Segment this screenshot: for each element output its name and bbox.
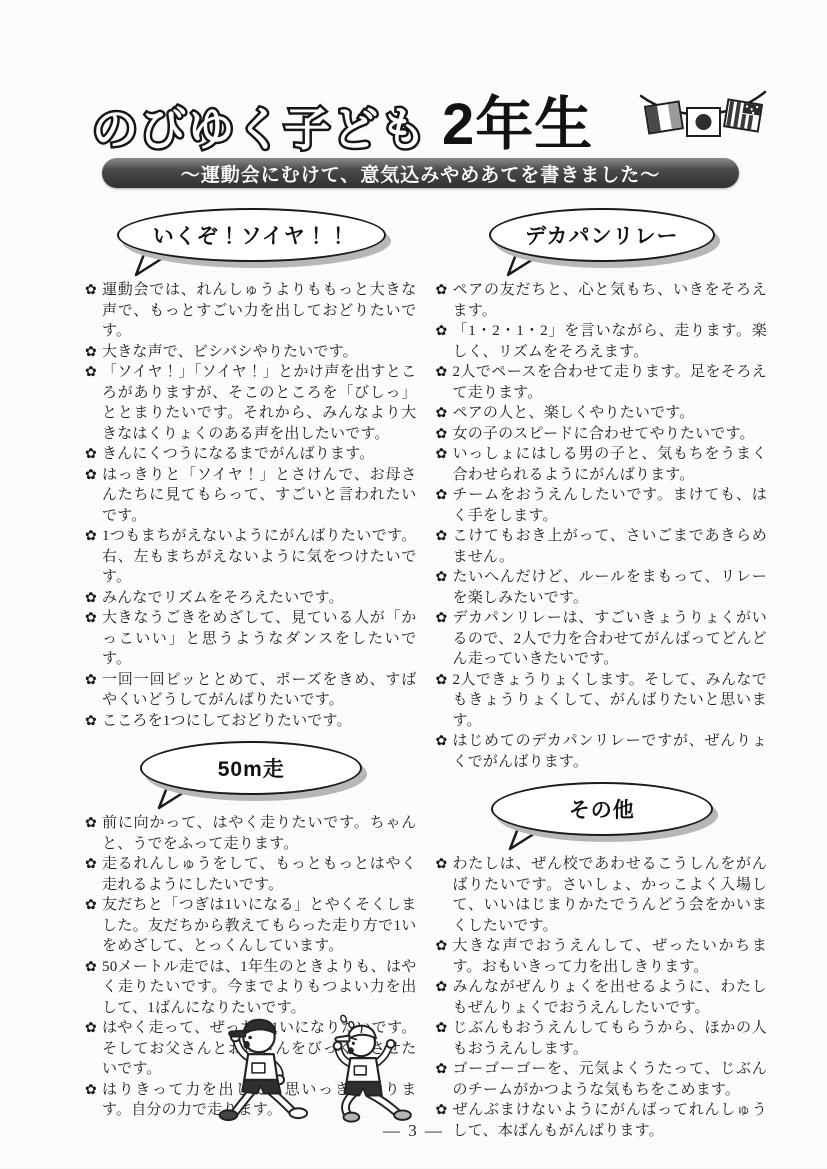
goal-item: ✿こころを1つにしておどりたいです。 <box>86 711 417 732</box>
left-column: いくぞ！ソイヤ！！✿運動会では、れんしゅうよりももっと大きな声で、もっとすごい力… <box>86 202 417 1131</box>
goal-item: ✿前に向かって、はやく走りたいです。ちゃんと、うでをふって走ります。 <box>86 813 417 854</box>
goal-item: ✿みんながぜんりょくを出せるように、わたしもぜんりょくでおうえんしたいです。 <box>437 977 768 1018</box>
goal-list: ✿わたしは、ぜん校であわせるこうしんをがんばりたいです。さいしょ、かっこよく入場… <box>437 854 768 1141</box>
right-column: デカパンリレー✿ペアの友だちと、心と気もち、いきをそろえます。✿「1・2・1・2… <box>437 202 768 1151</box>
flower-bullet-icon: ✿ <box>436 1100 448 1121</box>
goal-list: ✿ペアの友だちと、心と気もち、いきをそろえます。✿「1・2・1・2」を言いながら… <box>437 280 768 772</box>
goal-item: ✿走るれんしゅうをして、もっともっとはやく走れるようにしたいです。 <box>86 854 417 895</box>
subtitle-banner: ～運動会にむけて、意気込みやめあてを書きました～ <box>102 158 739 188</box>
speech-bubble: デカパンリレー <box>489 208 715 262</box>
flower-bullet-icon: ✿ <box>85 465 97 486</box>
goal-text: 2人でペースを合わせて走ります。足をそろえて走ります。 <box>453 364 768 401</box>
goal-item: ✿「1・2・1・2」を言いながら、走ります。楽しく、リズムをそろえます。 <box>437 321 768 362</box>
flower-bullet-icon: ✿ <box>436 485 448 506</box>
newsletter-page: のびゆく子ども 2年生 <box>0 0 827 1169</box>
goal-text: 1つもまちがえないようにがんばりたいです。右、左もまちがえないように気をつけたい… <box>102 528 417 585</box>
goal-item: ✿ペアの人と、楽しくやりたいです。 <box>437 403 768 424</box>
goal-item: ✿みんなでリズムをそろえたいです。 <box>86 588 417 609</box>
flower-bullet-icon: ✿ <box>436 567 448 588</box>
goal-text: ペアの友だちと、心と気もち、いきをそろえます。 <box>453 282 768 319</box>
goal-item: ✿大きな声でおうえんして、ぜったいかちます。おもいきって力を出しきります。 <box>437 936 768 977</box>
goal-item: ✿「ソイヤ！」「ソイヤ！」とかけ声を出すところがありますが、そこのところを「びし… <box>86 362 417 444</box>
flower-bullet-icon: ✿ <box>85 1080 97 1101</box>
speech-bubble: その他 <box>491 782 713 836</box>
flower-bullet-icon: ✿ <box>436 403 448 424</box>
goal-item: ✿女の子のスピードに合わせてやりたいです。 <box>437 424 768 445</box>
goal-text: たいへんだけど、ルールをまもって、リレーを楽しみたいです。 <box>453 569 768 606</box>
goal-text: 大きなうごきをめざして、見ている人が「かっこいい」と思うようなダンスをしたいです… <box>102 610 417 667</box>
flower-bullet-icon: ✿ <box>85 608 97 629</box>
page-number: — 3 — <box>0 1121 827 1141</box>
section-left-0: いくぞ！ソイヤ！！✿運動会では、れんしゅうよりももっと大きな声で、もっとすごい力… <box>86 208 417 731</box>
flower-bullet-icon: ✿ <box>85 813 97 834</box>
flower-bullet-icon: ✿ <box>436 321 448 342</box>
speech-bubble: 50m走 <box>140 741 362 795</box>
goal-text: はじめてのデカパンリレーですが、ぜんりょくでがんばります。 <box>453 733 768 770</box>
page-header: のびゆく子ども 2年生 <box>0 0 827 188</box>
goal-text: 大きな声で、ビシバシやりたいです。 <box>102 344 358 360</box>
goal-text: はっきりと「ソイヤ！」とさけんで、お母さんたちに見てもらって、すごいと言われたい… <box>102 467 417 524</box>
goal-text: 女の子のスピードに合わせてやりたいです。 <box>453 426 755 442</box>
goal-text: 2人できょうりょくします。そして、みんなでもきょうりょくして、がんばりたいと思い… <box>453 672 768 729</box>
section-heading-bubble: その他 <box>491 782 713 836</box>
goal-item: ✿2人でペースを合わせて走ります。足をそろえて走ります。 <box>437 362 768 403</box>
goal-text: チームをおうえんしたいです。まけても、はく手をします。 <box>453 487 768 524</box>
goal-text: 走るれんしゅうをして、もっともっとはやく走れるようにしたいです。 <box>102 856 417 893</box>
goal-text: 大きな声でおうえんして、ぜったいかちます。おもいきって力を出しきります。 <box>453 938 768 975</box>
flag-garland-icon <box>639 88 767 150</box>
goal-item: ✿運動会では、れんしゅうよりももっと大きな声で、もっとすごい力を出しておどりたい… <box>86 280 417 342</box>
flower-bullet-icon: ✿ <box>85 444 97 465</box>
flower-bullet-icon: ✿ <box>85 895 97 916</box>
flower-bullet-icon: ✿ <box>85 854 97 875</box>
goal-item: ✿こけてもおき上がって、さいごまであきらめません。 <box>437 526 768 567</box>
section-heading-bubble: 50m走 <box>140 741 362 795</box>
goal-item: ✿きんにくつうになるまでがんばります。 <box>86 444 417 465</box>
goal-item: ✿ペアの友だちと、心と気もち、いきをそろえます。 <box>437 280 768 321</box>
flower-bullet-icon: ✿ <box>436 362 448 383</box>
page-title-grade: 2年生 <box>442 97 593 152</box>
flower-bullet-icon: ✿ <box>85 280 97 301</box>
flower-bullet-icon: ✿ <box>436 731 448 752</box>
section-heading-bubble: デカパンリレー <box>489 208 715 262</box>
title-row: のびゆく子ども 2年生 <box>92 88 767 152</box>
speech-bubble: いくぞ！ソイヤ！！ <box>117 208 386 262</box>
flower-bullet-icon: ✿ <box>85 362 97 383</box>
goal-text: わたしは、ぜん校であわせるこうしんをがんばりたいです。さいしょ、かっこよく入場し… <box>453 856 768 934</box>
goal-item: ✿2人できょうりょくします。そして、みんなでもきょうりょくして、がんばりたいと思… <box>437 670 768 732</box>
flower-bullet-icon: ✿ <box>436 1059 448 1080</box>
flower-bullet-icon: ✿ <box>85 342 97 363</box>
flower-bullet-icon: ✿ <box>436 854 448 875</box>
goal-item: ✿チームをおうえんしたいです。まけても、はく手をします。 <box>437 485 768 526</box>
goal-text: 「1・2・1・2」を言いながら、走ります。楽しく、リズムをそろえます。 <box>453 323 768 360</box>
section-heading: デカパンリレー <box>525 225 679 248</box>
flower-bullet-icon: ✿ <box>85 526 97 547</box>
flower-bullet-icon: ✿ <box>436 1018 448 1039</box>
flower-bullet-icon: ✿ <box>436 526 448 547</box>
goal-item: ✿1つもまちがえないようにがんばりたいです。右、左もまちがえないように気をつけた… <box>86 526 417 588</box>
flower-bullet-icon: ✿ <box>436 280 448 301</box>
japan-flag <box>687 108 720 136</box>
goal-text: みんながぜんりょくを出せるように、わたしもぜんりょくでおうえんしたいです。 <box>453 979 768 1016</box>
flower-bullet-icon: ✿ <box>436 608 448 629</box>
goal-item: ✿はじめてのデカパンリレーですが、ぜんりょくでがんばります。 <box>437 731 768 772</box>
goal-text: 友だちと「つぎは1いになる」とやくそくしました。友だちから教えてもらった走り方で… <box>102 897 417 954</box>
goal-item: ✿友だちと「つぎは1いになる」とやくそくしました。友だちから教えてもらった走り方… <box>86 895 417 957</box>
section-heading: いくぞ！ソイヤ！！ <box>153 225 350 248</box>
goal-item: ✿一回一回ピッととめて、ポーズをきめ、すばやくいどうしてがんばりたいです。 <box>86 670 417 711</box>
flower-bullet-icon: ✿ <box>85 1018 97 1039</box>
goal-text: 運動会では、れんしゅうよりももっと大きな声で、もっとすごい力を出しておどりたいで… <box>102 282 417 339</box>
flower-bullet-icon: ✿ <box>436 977 448 998</box>
section-right-0: デカパンリレー✿ペアの友だちと、心と気もち、いきをそろえます。✿「1・2・1・2… <box>437 208 768 772</box>
goal-text: デカパンリレーは、すごいきょうりょくがいるので、2人で力を合わせてがんばってどん… <box>453 610 768 667</box>
flower-bullet-icon: ✿ <box>436 936 448 957</box>
goal-item: ✿大きなうごきをめざして、見ている人が「かっこいい」と思うようなダンスをしたいで… <box>86 608 417 670</box>
goal-item: ✿ゴーゴーゴーを、元気よくうたって、じぶんのチームがかつような気もちをこめます。 <box>437 1059 768 1100</box>
goal-text: こころを1つにしておどりたいです。 <box>102 713 352 729</box>
goal-text: 「ソイヤ！」「ソイヤ！」とかけ声を出すところがありますが、そこのところを「びしっ… <box>102 364 417 442</box>
subtitle-banner-text: ～運動会にむけて、意気込みやめあてを書きました～ <box>181 160 661 187</box>
goal-text: みんなでリズムをそろえたいです。 <box>102 590 344 606</box>
goal-text: 前に向かって、はやく走りたいです。ちゃんと、うでをふって走ります。 <box>102 815 417 852</box>
flower-bullet-icon: ✿ <box>436 670 448 691</box>
section-heading-bubble: いくぞ！ソイヤ！！ <box>117 208 386 262</box>
running-children-illustration <box>196 1006 432 1124</box>
section-heading: その他 <box>569 799 635 822</box>
goal-item: ✿いっしょにはしる男の子と、気もちをうまく合わせられるようにがんばります。 <box>437 444 768 485</box>
flower-bullet-icon: ✿ <box>436 444 448 465</box>
goal-item: ✿たいへんだけど、ルールをまもって、リレーを楽しみたいです。 <box>437 567 768 608</box>
flower-bullet-icon: ✿ <box>436 424 448 445</box>
stars-and-stripes-flag <box>724 100 762 132</box>
goal-text: じぶんもおうえんしてもらうから、ほかの人もおうえんします。 <box>453 1020 768 1057</box>
goal-text: いっしょにはしる男の子と、気もちをうまく合わせられるようにがんばります。 <box>453 446 768 483</box>
goal-text: 一回一回ピッととめて、ポーズをきめ、すばやくいどうしてがんばりたいです。 <box>102 672 417 709</box>
goal-item: ✿大きな声で、ビシバシやりたいです。 <box>86 342 417 363</box>
section-right-1: その他✿わたしは、ぜん校であわせるこうしんをがんばりたいです。さいしょ、かっこよ… <box>437 782 768 1141</box>
goal-item: ✿じぶんもおうえんしてもらうから、ほかの人もおうえんします。 <box>437 1018 768 1059</box>
goal-item: ✿はっきりと「ソイヤ！」とさけんで、お母さんたちに見てもらって、すごいと言われた… <box>86 465 417 527</box>
goal-item: ✿わたしは、ぜん校であわせるこうしんをがんばりたいです。さいしょ、かっこよく入場… <box>437 854 768 936</box>
flower-bullet-icon: ✿ <box>85 957 97 978</box>
goal-list: ✿運動会では、れんしゅうよりももっと大きな声で、もっとすごい力を出しておどりたい… <box>86 280 417 731</box>
flower-bullet-icon: ✿ <box>85 588 97 609</box>
goal-text: ペアの人と、楽しくやりたいです。 <box>453 405 695 421</box>
flower-bullet-icon: ✿ <box>85 670 97 691</box>
goal-text: こけてもおき上がって、さいごまであきらめません。 <box>453 528 768 565</box>
goal-item: ✿デカパンリレーは、すごいきょうりょくがいるので、2人で力を合わせてがんばってど… <box>437 608 768 670</box>
section-heading: 50m走 <box>218 758 285 781</box>
goal-text: ゴーゴーゴーを、元気よくうたって、じぶんのチームがかつような気もちをこめます。 <box>453 1061 768 1098</box>
flower-bullet-icon: ✿ <box>85 711 97 732</box>
goal-text: きんにくつうになるまでがんばります。 <box>102 446 374 462</box>
page-title-bubble-text: のびゆく子ども <box>92 106 428 152</box>
tricolor-flag <box>645 102 683 134</box>
